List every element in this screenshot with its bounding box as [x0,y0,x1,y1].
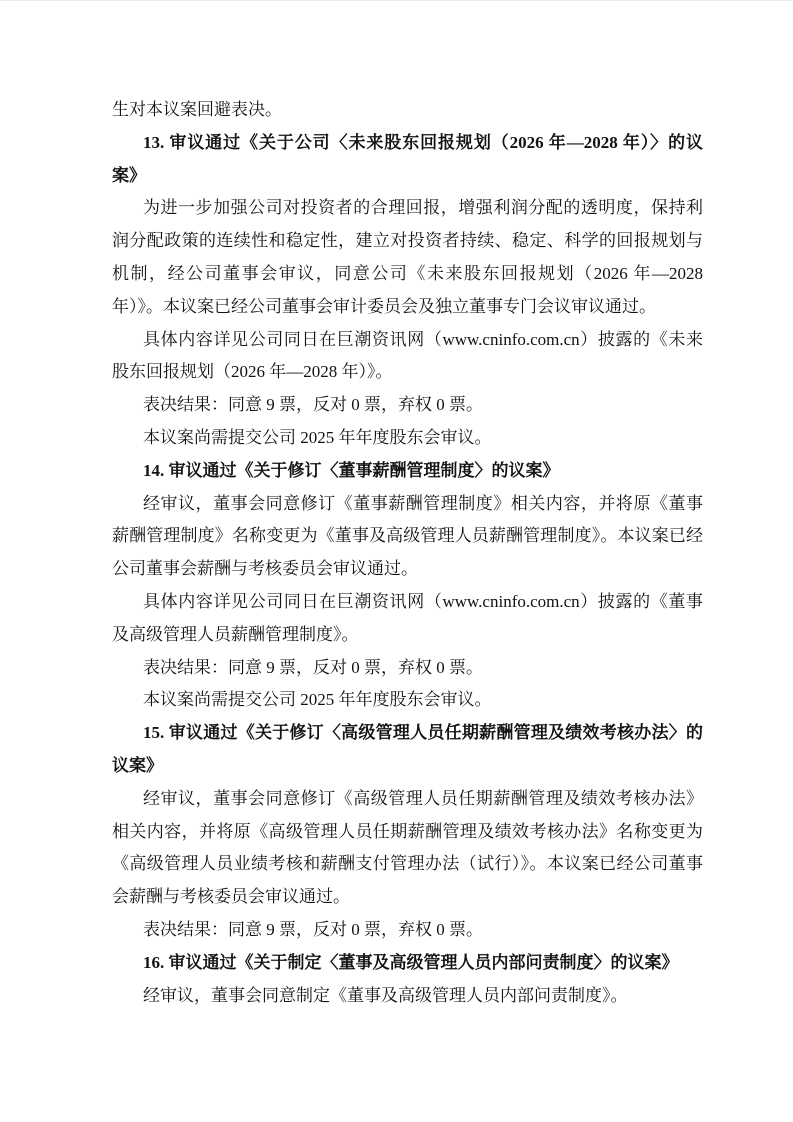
body-paragraph: 表决结果：同意 9 票，反对 0 票，弃权 0 票。 [112,914,703,947]
resolution-heading: 14. 审议通过《关于修订〈董事薪酬管理制度〉的议案》 [112,455,703,488]
document-page: 生对本议案回避表决。13. 审议通过《关于公司〈未来股东回报规划（2026 年—… [0,0,793,1122]
body-paragraph: 表决结果：同意 9 票，反对 0 票，弃权 0 票。 [112,389,703,422]
body-paragraph: 本议案尚需提交公司 2025 年年度股东会审议。 [112,422,703,455]
resolution-heading: 16. 审议通过《关于制定〈董事及高级管理人员内部问责制度〉的议案》 [112,947,703,980]
resolution-heading: 13. 审议通过《关于公司〈未来股东回报规划（2026 年—2028 年）〉的议… [112,127,703,193]
body-paragraph: 具体内容详见公司同日在巨潮资讯网（www.cninfo.com.cn）披露的《未… [112,324,703,390]
body-paragraph: 具体内容详见公司同日在巨潮资讯网（www.cninfo.com.cn）披露的《董… [112,586,703,652]
body-paragraph: 本议案尚需提交公司 2025 年年度股东会审议。 [112,684,703,717]
document-body: 生对本议案回避表决。13. 审议通过《关于公司〈未来股东回报规划（2026 年—… [112,94,703,1012]
body-paragraph: 经审议，董事会同意修订《董事薪酬管理制度》相关内容，并将原《董事薪酬管理制度》名… [112,488,703,586]
body-paragraph: 经审议，董事会同意修订《高级管理人员任期薪酬管理及绩效考核办法》相关内容，并将原… [112,783,703,914]
body-paragraph: 经审议，董事会同意制定《董事及高级管理人员内部问责制度》。 [112,980,703,1013]
body-paragraph: 生对本议案回避表决。 [112,94,703,127]
resolution-heading: 15. 审议通过《关于修订〈高级管理人员任期薪酬管理及绩效考核办法〉的议案》 [112,717,703,783]
body-paragraph: 为进一步加强公司对投资者的合理回报，增强利润分配的透明度，保持利润分配政策的连续… [112,192,703,323]
body-paragraph: 表决结果：同意 9 票，反对 0 票，弃权 0 票。 [112,652,703,685]
